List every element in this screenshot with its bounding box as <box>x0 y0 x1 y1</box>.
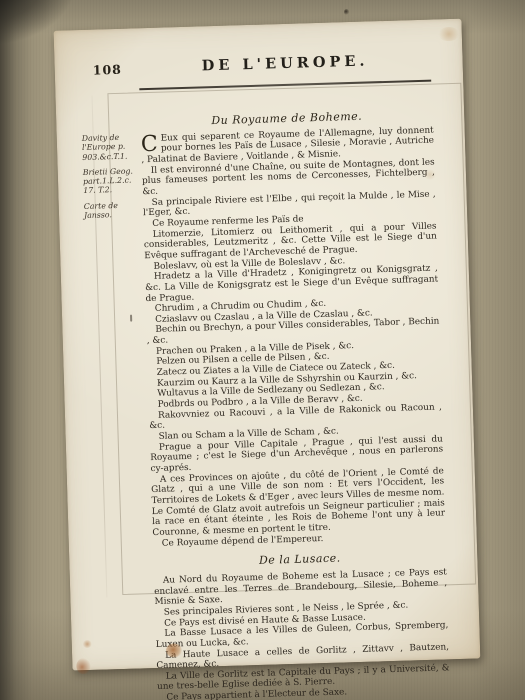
ink-mark <box>130 315 132 322</box>
foxing-stain <box>83 640 92 648</box>
margin-note: Davity de l'Europe p. 903.&c.T.1. <box>82 132 140 162</box>
margin-note: Carte de Jansso. <box>84 200 142 220</box>
book-page: 108 DE L'EUROPE. Davity de l'Europe p. 9… <box>54 19 481 671</box>
text-column: Du Royaume de Boheme.CEux qui separent c… <box>140 108 450 700</box>
margin-notes: Davity de l'Europe p. 903.&c.T.1.Brietii… <box>82 132 142 220</box>
running-title: DE L'EUROPE. <box>138 51 431 77</box>
foxing-stain <box>438 27 460 42</box>
margin-note: Brietii Geog. part.1.L.2.c. 17. T.2. <box>83 166 141 196</box>
page-number: 108 <box>93 62 123 78</box>
paragraph: A ces Provinces on ajoûte , du côté de l… <box>151 466 446 539</box>
header-rule <box>139 80 431 91</box>
section-heading: De la Lusace. <box>153 551 446 570</box>
drop-cap: C <box>141 134 158 153</box>
board-speck <box>344 9 349 15</box>
